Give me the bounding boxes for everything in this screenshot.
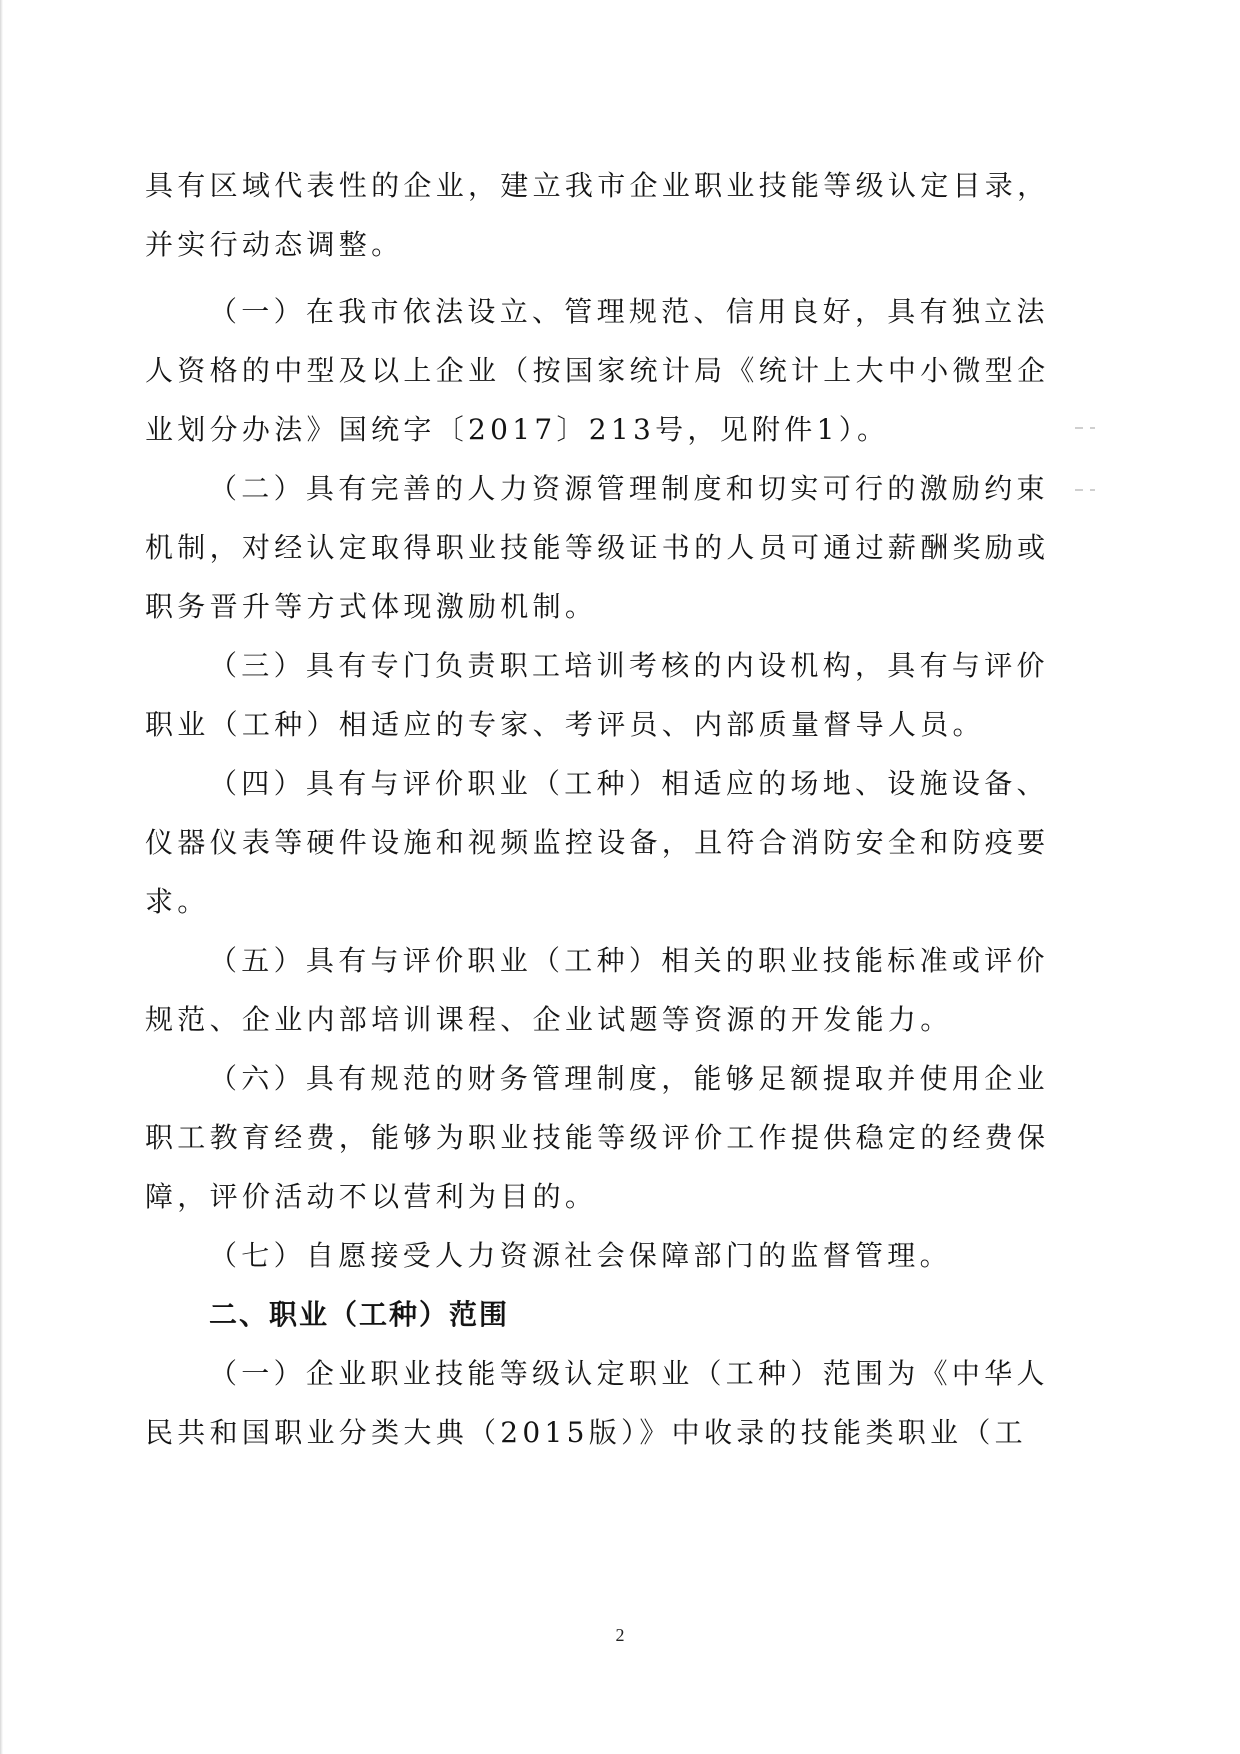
scan-artifact <box>1075 427 1083 429</box>
list-item-7-line: （七）自愿接受人力资源社会保障部门的监督管理。 <box>145 1226 967 1285</box>
list-item-1-line: 业划分办法》国统字〔2017〕213号，见附件1）。 <box>145 400 967 459</box>
list-item-1-line: 人资格的中型及以上企业（按国家统计局《统计上大中小微型企 <box>145 341 967 400</box>
list-item-6-line: 职工教育经费，能够为职业技能等级评价工作提供稳定的经费保 <box>145 1108 967 1167</box>
body-text: 具有区域代表性的企业，建立我市企业职业技能等级认定目录， 并实行动态调整。 （一… <box>145 156 967 1462</box>
list-item-3-line: 职业（工种）相适应的专家、考评员、内部质量督导人员。 <box>145 695 967 754</box>
scan-artifact <box>1075 489 1083 491</box>
list-item-4-line: 求。 <box>145 872 967 931</box>
section2-item-1-line: （一）企业职业技能等级认定职业（工种）范围为《中华人 <box>145 1344 967 1403</box>
list-item-4-line: （四）具有与评价职业（工种）相适应的场地、设施设备、 <box>145 754 967 813</box>
list-item-6-line: 障，评价活动不以营利为目的。 <box>145 1167 967 1226</box>
section2-item-1-line: 民共和国职业分类大典（2015版）》中收录的技能类职业（工 <box>145 1403 967 1462</box>
section-heading: 二、职业（工种）范围 <box>145 1285 967 1344</box>
list-item-2-line: 职务晋升等方式体现激励机制。 <box>145 577 967 636</box>
list-item-6-line: （六）具有规范的财务管理制度，能够足额提取并使用企业 <box>145 1049 967 1108</box>
scan-artifact <box>1090 489 1095 491</box>
paragraph-line: 具有区域代表性的企业，建立我市企业职业技能等级认定目录， <box>145 156 967 215</box>
scan-edge <box>0 0 3 1754</box>
list-item-2-line: （二）具有完善的人力资源管理制度和切实可行的激励约束 <box>145 459 967 518</box>
page-number: 2 <box>0 1625 1240 1646</box>
list-item-2-line: 机制，对经认定取得职业技能等级证书的人员可通过薪酬奖励或 <box>145 518 967 577</box>
scan-artifact <box>1090 427 1095 429</box>
list-item-5-line: （五）具有与评价职业（工种）相关的职业技能标准或评价 <box>145 931 967 990</box>
document-page: 具有区域代表性的企业，建立我市企业职业技能等级认定目录， 并实行动态调整。 （一… <box>0 0 1240 1754</box>
paragraph-line: 并实行动态调整。 <box>145 215 967 274</box>
list-item-4-line: 仪器仪表等硬件设施和视频监控设备，且符合消防安全和防疫要 <box>145 813 967 872</box>
list-item-1-line: （一）在我市依法设立、管理规范、信用良好，具有独立法 <box>145 282 967 341</box>
list-item-5-line: 规范、企业内部培训课程、企业试题等资源的开发能力。 <box>145 990 967 1049</box>
list-item-3-line: （三）具有专门负责职工培训考核的内设机构，具有与评价 <box>145 636 967 695</box>
